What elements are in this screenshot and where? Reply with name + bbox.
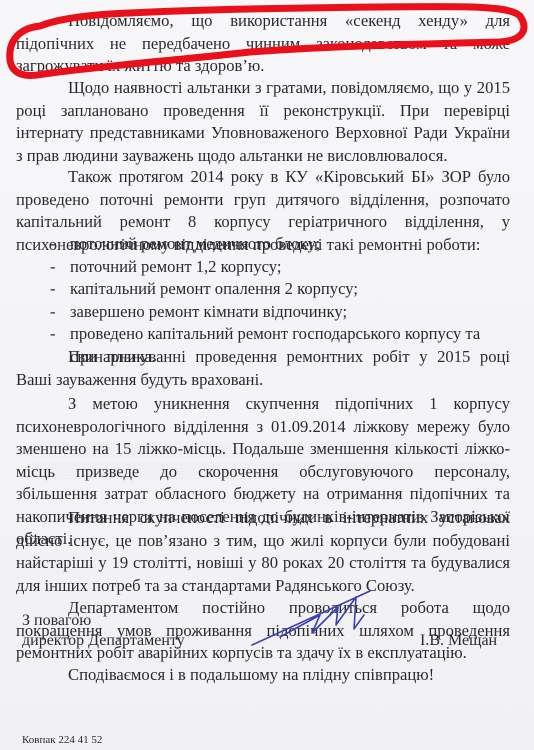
letter-page: ░░░░░░░░░░░░░░░░░░░░░░░░░░░░░░░░░░░░░░░░… bbox=[0, 0, 534, 750]
list-item: поточний ремонт 1,2 корпусу; bbox=[50, 256, 534, 279]
paragraph-gazebo: Щодо наявності альтанки з гратами, повід… bbox=[16, 77, 510, 167]
closing-salutation: З повагою bbox=[22, 612, 91, 630]
signature-icon bbox=[250, 585, 380, 655]
paragraph-planning-2015: При плануванні проведення ремонтних робі… bbox=[16, 346, 510, 391]
paragraph-overcrowding: Питання скупченості підопічних в інтерна… bbox=[16, 507, 510, 597]
list-item: поточний ремонт медичного блоку; bbox=[50, 233, 534, 256]
paragraph-second-hand: Повідомляємо, що використання «секенд хе… bbox=[16, 10, 510, 78]
signer-title: директор Департаменту bbox=[22, 632, 185, 650]
contact-info: Ковпак 224 41 52 bbox=[22, 734, 102, 746]
paragraph-cooperation: Сподіваємося і в подальшому на плідну сп… bbox=[16, 664, 510, 687]
list-item: завершено ремонт кімнати відпочинку; bbox=[50, 301, 534, 324]
list-item: капітальний ремонт опалення 2 корпусу; bbox=[50, 278, 534, 301]
signer-name: І.В. Мещан bbox=[420, 632, 497, 650]
